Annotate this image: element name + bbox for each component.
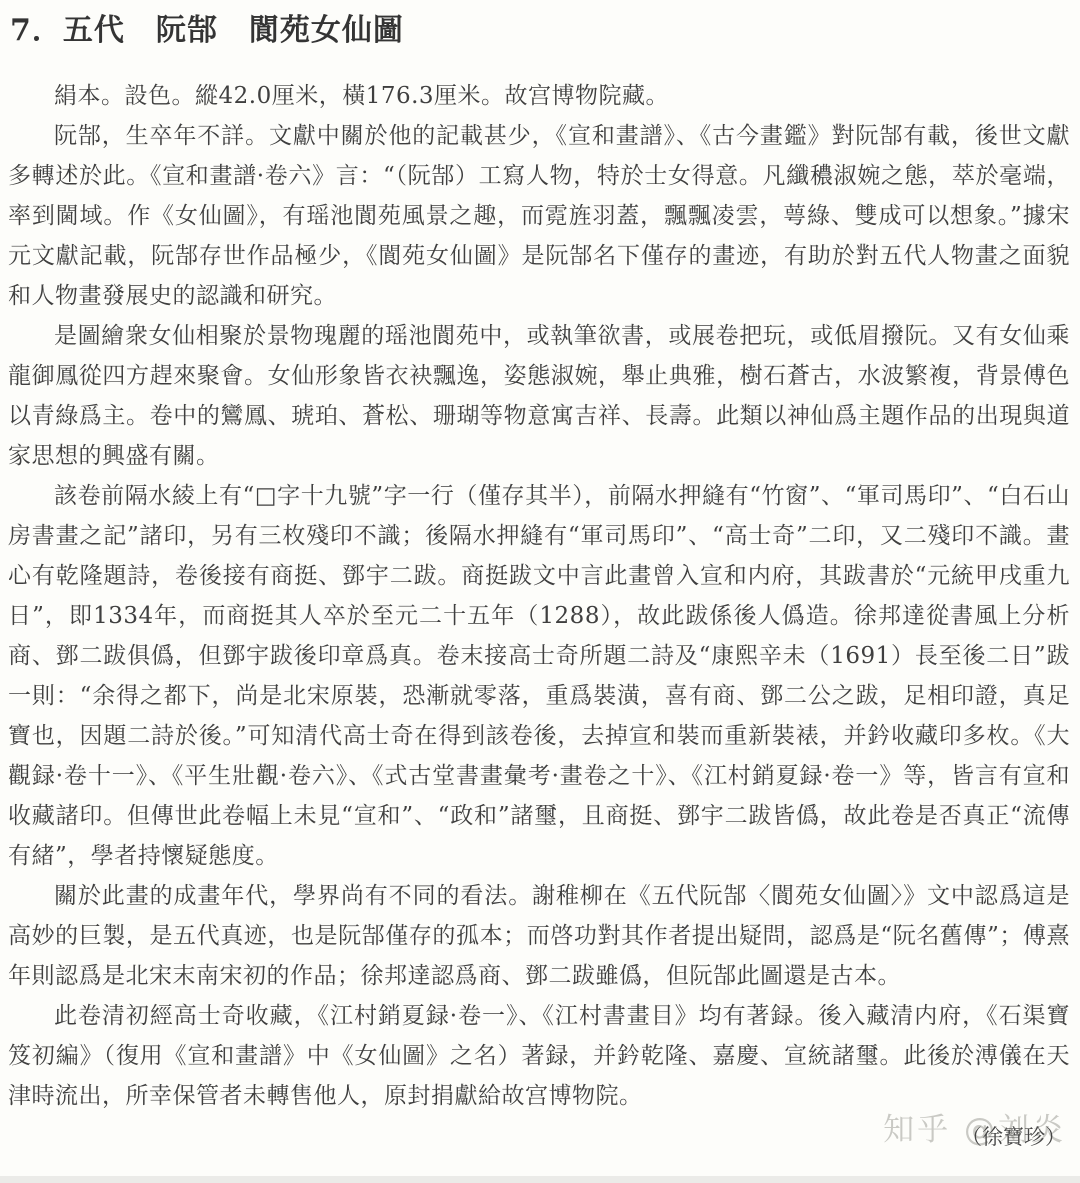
- scanned-document-page: 7．五代 阮郜 閬苑女仙圖 絹本。設色。縱42.0厘米，橫176.3厘米。故宫博…: [0, 0, 1080, 1183]
- paragraph-seals-and-colophons: 該卷前隔水綾上有“□字十九號”字一行（僅存其半），前隔水押縫有“竹窗”、“軍司馬…: [8, 476, 1070, 876]
- paragraph-material-dimensions: 絹本。設色。縱42.0厘米，橫176.3厘米。故宫博物院藏。: [8, 76, 1070, 116]
- scan-edge-strip: [0, 1176, 1080, 1183]
- author-attribution: （徐寶珍）: [8, 1118, 1070, 1156]
- paragraph-dating-opinions: 關於此畫的成畫年代，學界尚有不同的看法。謝稚柳在《五代阮郜〈閬苑女仙圖〉》文中認…: [8, 876, 1070, 996]
- paragraph-artist-biography: 阮郜，生卒年不詳。文獻中關於他的記載甚少，《宣和畫譜》、《古今畫鑑》對阮郜有載，…: [8, 116, 1070, 316]
- paragraph-painting-description: 是圖繪衆女仙相聚於景物瑰麗的瑶池閬苑中，或執筆欲書，或展卷把玩，或低眉撥阮。又有…: [8, 316, 1070, 476]
- document-body: 絹本。設色。縱42.0厘米，橫176.3厘米。故宫博物院藏。 阮郜，生卒年不詳。…: [8, 76, 1070, 1116]
- document-title: 7．五代 阮郜 閬苑女仙圖: [10, 10, 1070, 52]
- paragraph-provenance: 此卷清初經高士奇收藏，《江村銷夏録·卷一》、《江村書畫目》均有著録。後入藏清内府…: [8, 996, 1070, 1116]
